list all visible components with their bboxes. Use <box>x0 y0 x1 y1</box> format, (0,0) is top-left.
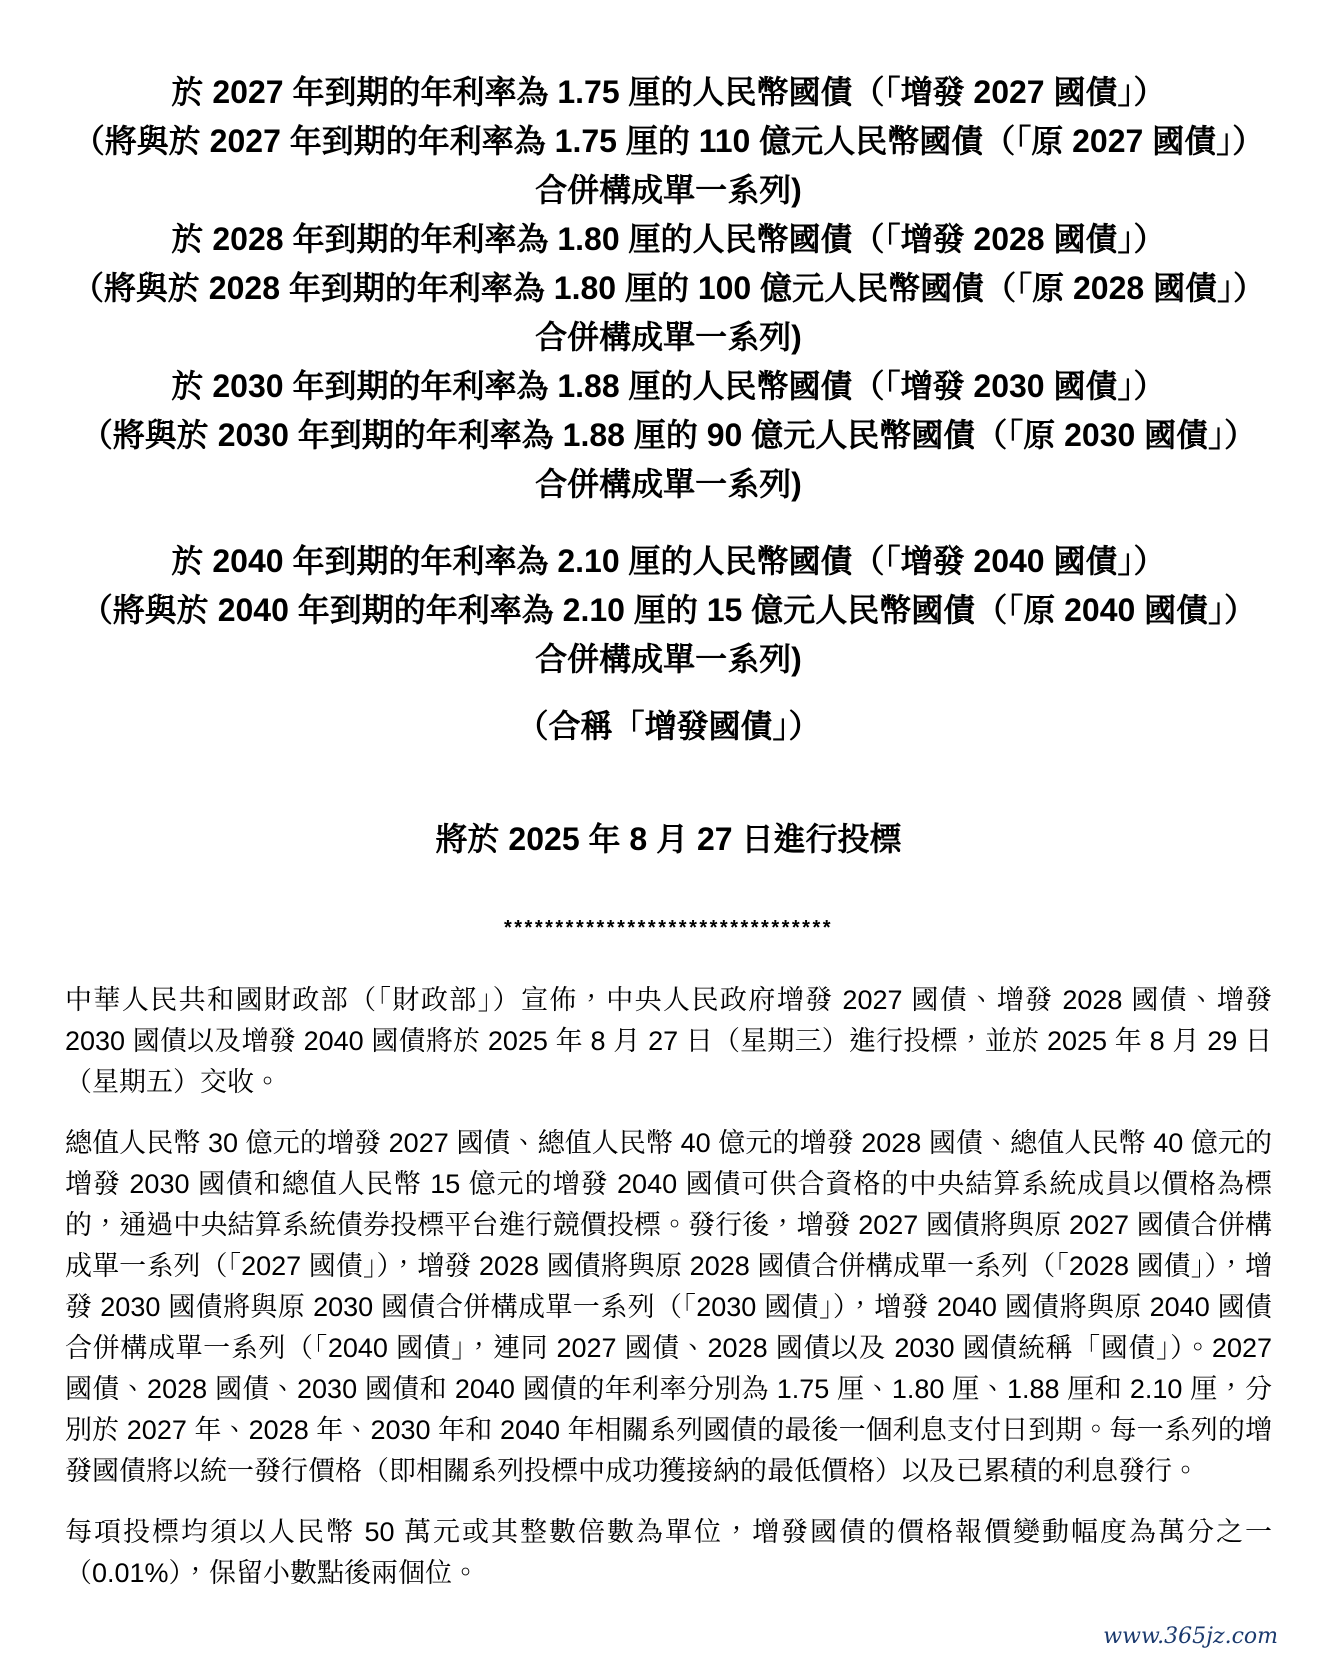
bond-2040-title: 於 2040 年到期的年利率為 2.10 厘的人民幣國債（「增發 2040 國債… <box>65 537 1272 586</box>
bond-2028-title: 於 2028 年到期的年利率為 1.80 厘的人民幣國債（「增發 2028 國債… <box>65 215 1272 264</box>
bond-block-2030: 於 2030 年到期的年利率為 1.88 厘的人民幣國債（「增發 2030 國債… <box>65 362 1272 509</box>
bond-2040-subtitle: （將與於 2040 年到期的年利率為 2.10 厘的 15 億元人民幣國債（「原… <box>65 586 1272 684</box>
bond-block-2040: 於 2040 年到期的年利率為 2.10 厘的人民幣國債（「增發 2040 國債… <box>65 537 1272 684</box>
bond-2028-subtitle: （將與於 2028 年到期的年利率為 1.80 厘的 100 億元人民幣國債（「… <box>65 264 1272 362</box>
tender-date-line: 將於 2025 年 8 月 27 日進行投標 <box>65 815 1272 864</box>
document-body: 中華人民共和國財政部（「財政部」）宣佈，中央人民政府增發 2027 國債、增發 … <box>65 980 1272 1594</box>
bond-2030-title: 於 2030 年到期的年利率為 1.88 厘的人民幣國債（「增發 2030 國債… <box>65 362 1272 411</box>
announcement-page: 於 2027 年到期的年利率為 1.75 厘的人民幣國債（「增發 2027 國債… <box>0 0 1336 1654</box>
bond-2030-subtitle: （將與於 2030 年到期的年利率為 1.88 厘的 90 億元人民幣國債（「原… <box>65 411 1272 509</box>
document-header: 於 2027 年到期的年利率為 1.75 厘的人民幣國債（「增發 2027 國債… <box>65 68 1272 940</box>
bond-block-2028: 於 2028 年到期的年利率為 1.80 厘的人民幣國債（「增發 2028 國債… <box>65 215 1272 362</box>
collective-name-line: （合稱「增發國債」） <box>65 702 1272 751</box>
site-watermark: www.365jz.com <box>1103 1624 1278 1650</box>
paragraph-tender-units: 每項投標均須以人民幣 50 萬元或其整數倍數為單位，增發國債的價格報價變動幅度為… <box>65 1512 1272 1594</box>
paragraph-issue-details: 總值人民幣 30 億元的增發 2027 國債、總值人民幣 40 億元的增發 20… <box>65 1123 1272 1492</box>
bond-2027-title: 於 2027 年到期的年利率為 1.75 厘的人民幣國債（「增發 2027 國債… <box>65 68 1272 117</box>
bond-block-2027: 於 2027 年到期的年利率為 1.75 厘的人民幣國債（「增發 2027 國債… <box>65 68 1272 215</box>
bond-2027-subtitle: （將與於 2027 年到期的年利率為 1.75 厘的 110 億元人民幣國債（「… <box>65 117 1272 215</box>
paragraph-announcement: 中華人民共和國財政部（「財政部」）宣佈，中央人民政府增發 2027 國債、增發 … <box>65 980 1272 1103</box>
asterisk-separator: ******************************** <box>65 916 1272 940</box>
